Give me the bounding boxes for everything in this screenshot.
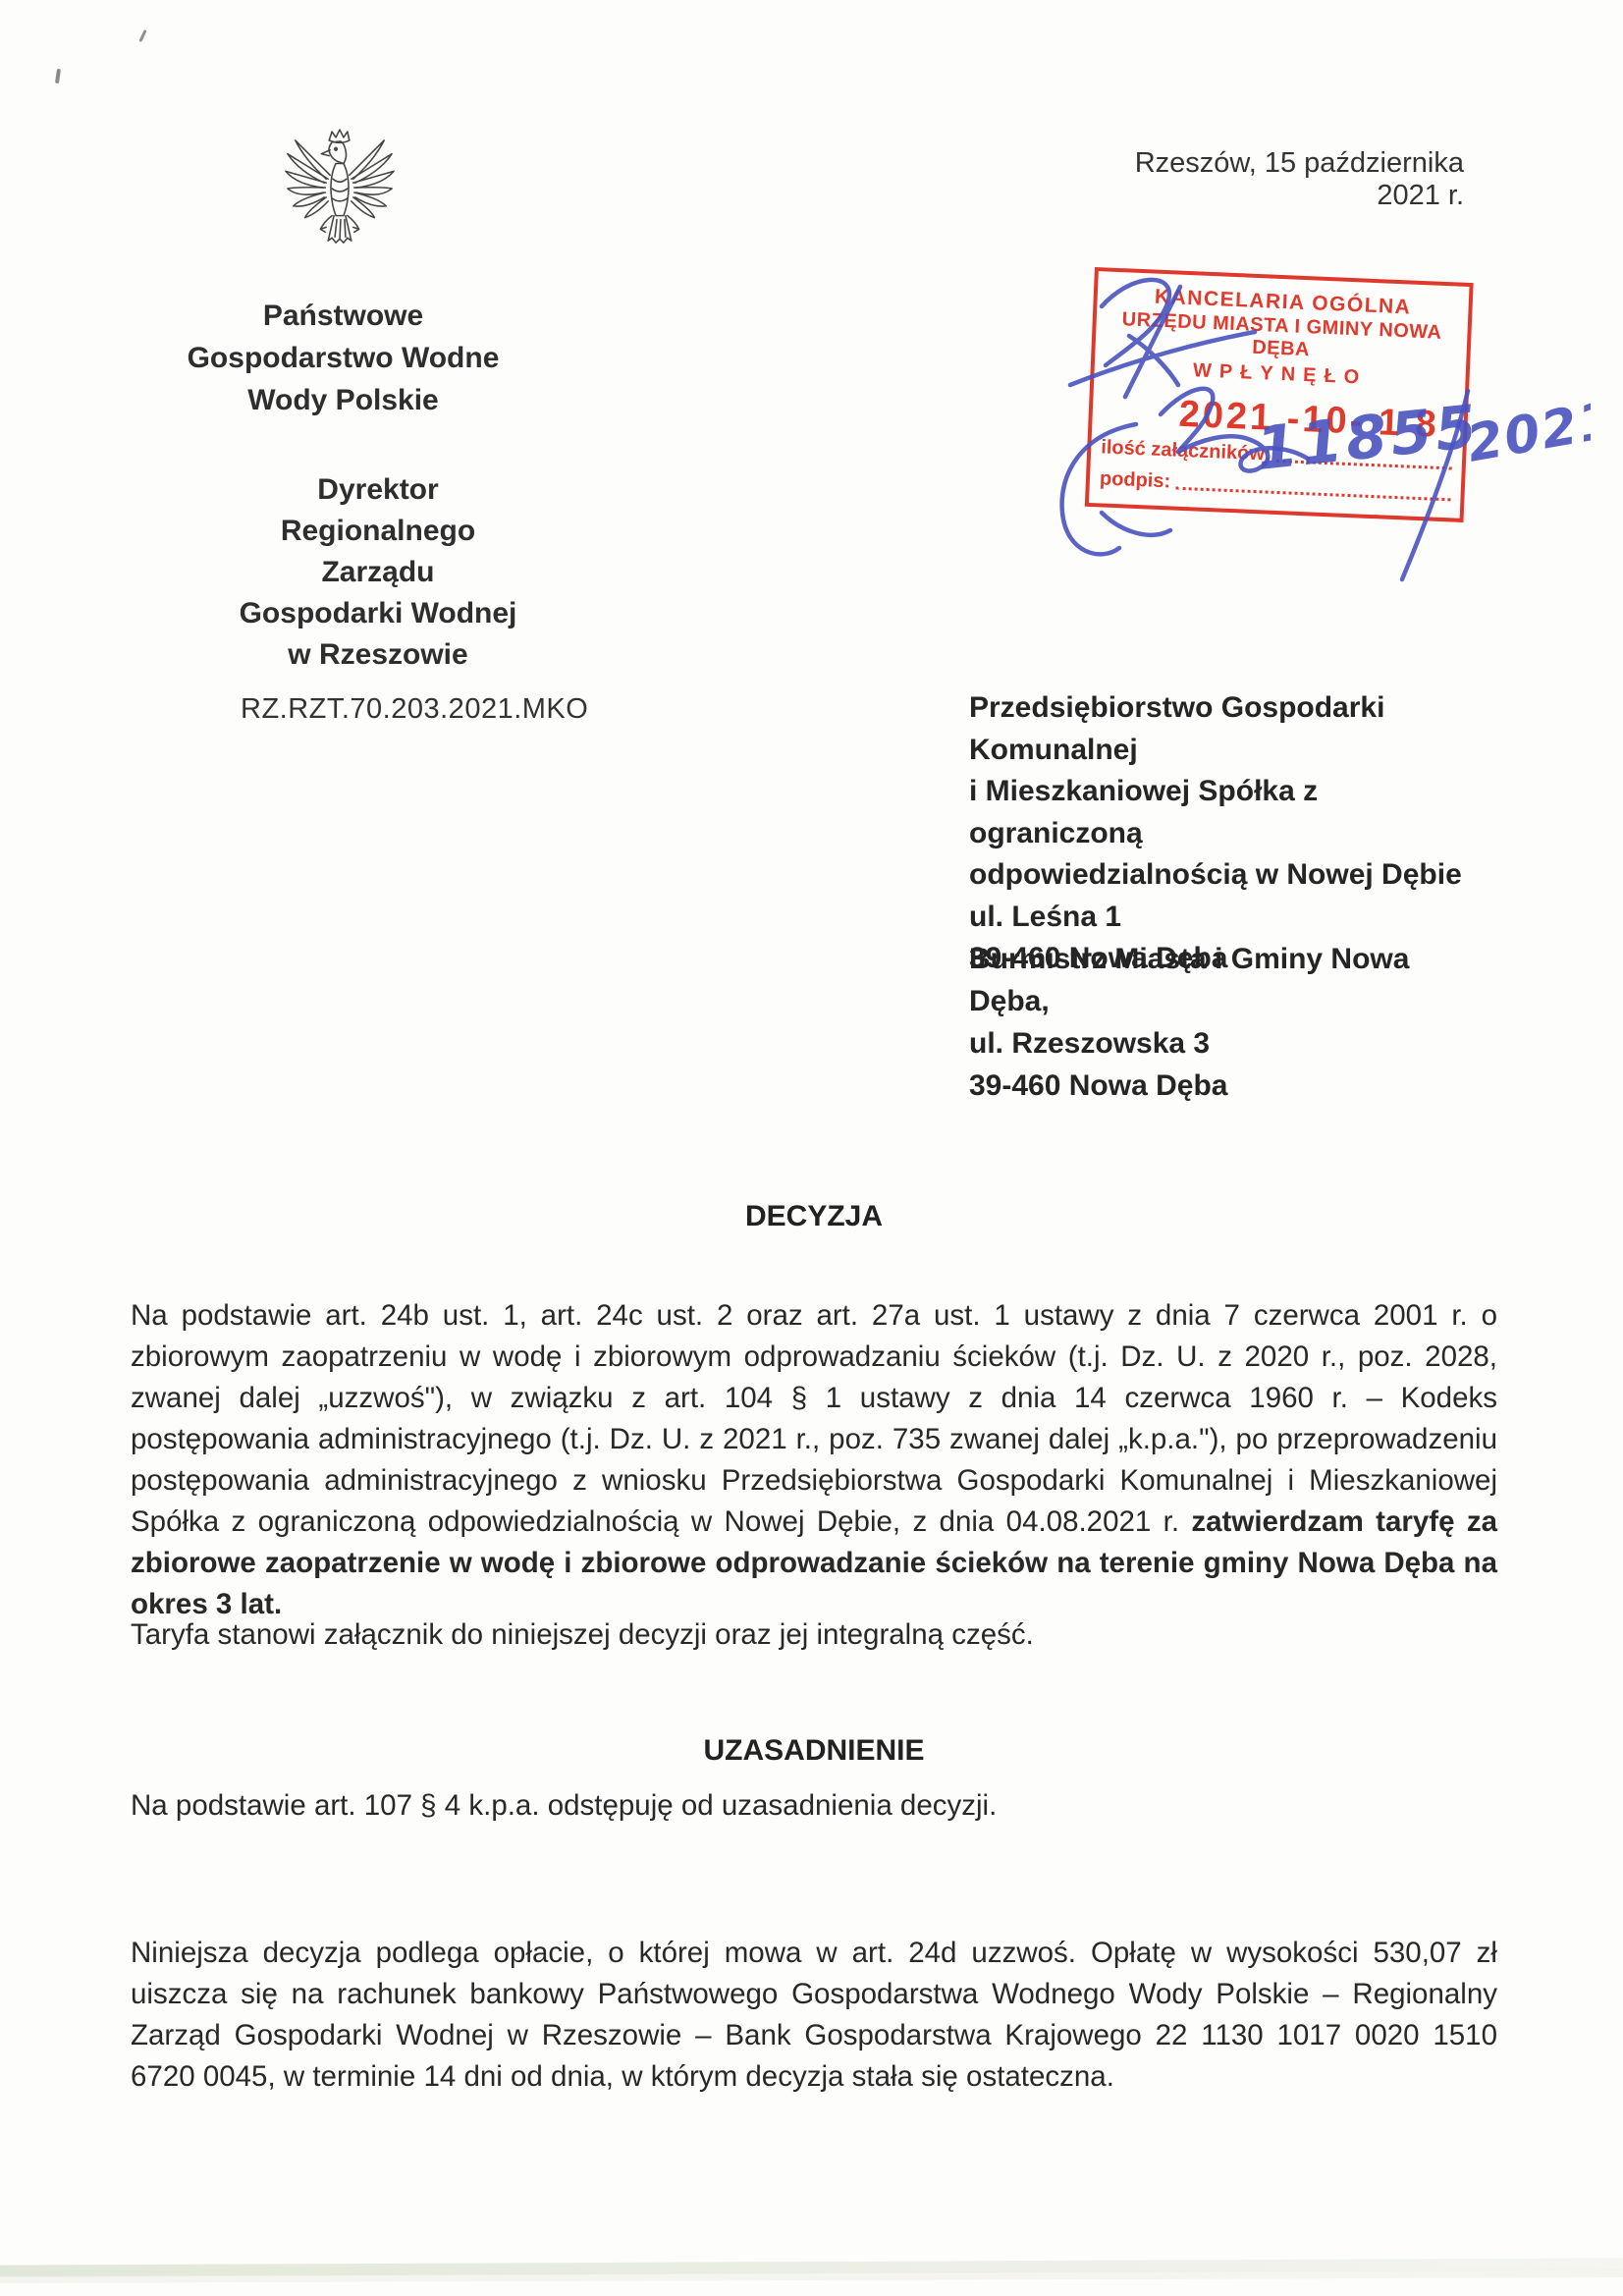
- justification-heading: UZASADNIENIE: [131, 1734, 1497, 1768]
- justification-line: Na podstawie art. 107 § 4 k.p.a. odstępu…: [131, 1789, 997, 1823]
- document-date: Rzeszów, 15 października 2021 r.: [1075, 147, 1464, 212]
- org-name-line: Wody Polskie: [154, 379, 532, 421]
- scan-speck: [55, 69, 61, 83]
- sender-title-line: Regionalnego Zarządu: [221, 511, 535, 593]
- handwritten-ink-overlay: 11855 2021: [1041, 265, 1591, 609]
- scanned-document-page: Rzeszów, 15 października 2021 r. Państwo…: [0, 0, 1623, 2296]
- handwritten-case-number: 11855: [1253, 392, 1484, 484]
- sender-title-line: Dyrektor: [221, 469, 535, 511]
- recipient-secondary-line: 39-460 Nowa Dęba: [969, 1065, 1489, 1107]
- recipient-secondary: Burmistrz Miasta i Gminy Nowa Dęba, ul. …: [969, 938, 1489, 1107]
- recipient-primary-line: i Mieszkaniowej Spółka z ograniczoną: [969, 771, 1489, 854]
- sender-title-line: w Rzeszowie: [221, 634, 535, 676]
- case-reference-number: RZ.RZT.70.203.2021.MKO: [241, 693, 588, 726]
- sender-title: Dyrektor Regionalnego Zarządu Gospodarki…: [221, 469, 535, 676]
- handwritten-case-year: 2021: [1463, 390, 1591, 474]
- org-name-line: Państwowe: [154, 295, 532, 337]
- recipient-primary-line: ul. Leśna 1: [969, 897, 1489, 939]
- scan-speck: [138, 29, 146, 42]
- sender-title-line: Gospodarki Wodnej: [221, 593, 535, 634]
- recipient-secondary-line: Burmistrz Miasta i Gminy Nowa Dęba,: [969, 938, 1489, 1022]
- decision-paragraph: Na podstawie art. 24b ust. 1, art. 24c u…: [131, 1295, 1497, 1625]
- recipient-secondary-line: ul. Rzeszowska 3: [969, 1022, 1489, 1065]
- org-name-line: Gospodarstwo Wodne: [154, 337, 532, 379]
- recipient-primary-line: Przedsiębiorstwo Gospodarki Komunalnej: [969, 687, 1489, 771]
- recipient-primary: Przedsiębiorstwo Gospodarki Komunalnej i…: [969, 687, 1489, 980]
- decision-paragraph-normal: Na podstawie art. 24b ust. 1, art. 24c u…: [131, 1299, 1497, 1538]
- fee-paragraph: Niniejsza decyzja podlega opłacie, o któ…: [131, 1933, 1497, 2098]
- decision-heading: DECYZJA: [131, 1200, 1497, 1233]
- attachment-note: Taryfa stanowi załącznik do niniejszej d…: [131, 1618, 1034, 1652]
- polish-eagle-emblem-icon: [282, 125, 398, 260]
- sender-organization: Państwowe Gospodarstwo Wodne Wody Polski…: [154, 295, 532, 421]
- recipient-primary-line: odpowiedzialnością w Nowej Dębie: [969, 854, 1489, 897]
